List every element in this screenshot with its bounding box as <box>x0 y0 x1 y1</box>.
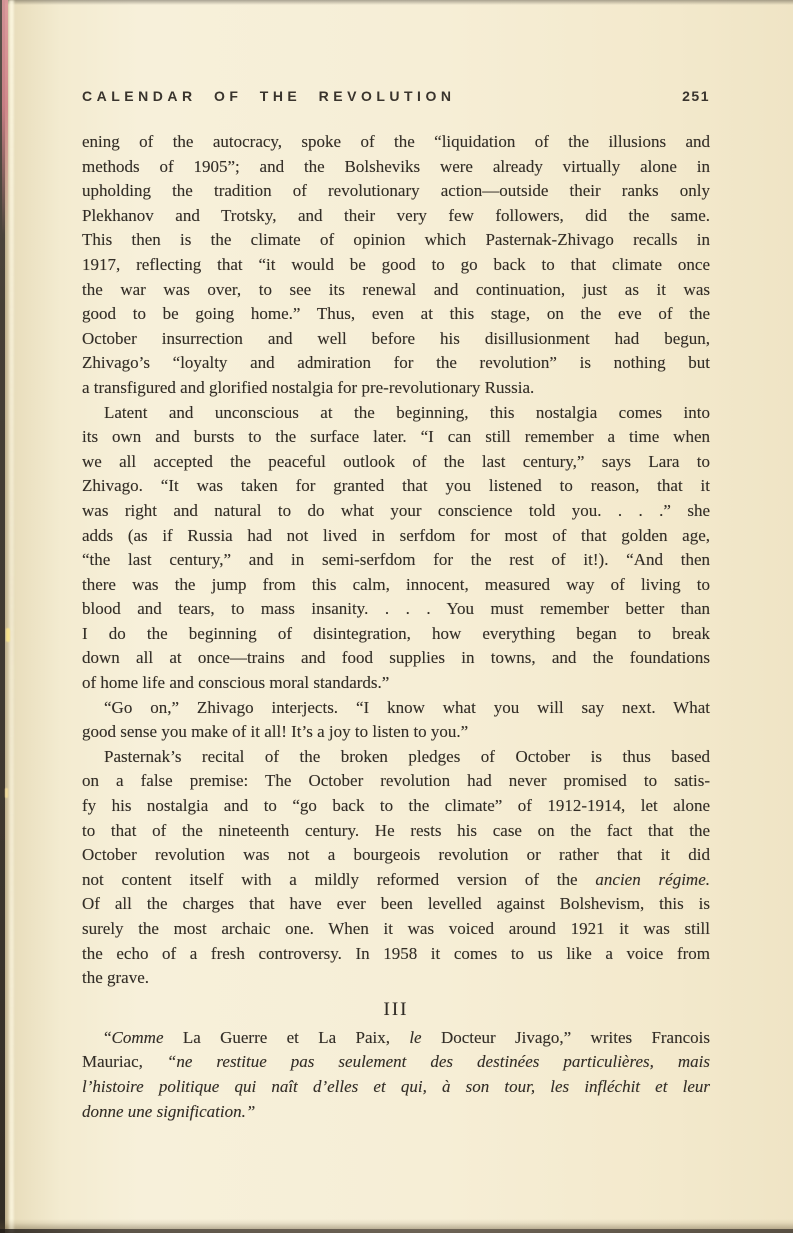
paragraph: “Go on,” Zhivago interjects. “I know wha… <box>82 696 710 745</box>
text-line: adds (as if Russia had not lived in serf… <box>82 524 710 549</box>
text-segment: Zhivago’s “loyalty and admiration for th… <box>82 353 710 372</box>
text-line: donne une signification.” <box>82 1100 710 1125</box>
text-segment: good sense you make of it all! It’s a jo… <box>82 722 468 741</box>
text-line: l’histoire politique qui naît d’elles et… <box>82 1075 710 1100</box>
text-segment: Of all the charges that have ever been l… <box>82 894 710 913</box>
text-line: to that of the nineteenth century. He re… <box>82 819 710 844</box>
paragraph: “Comme La Guerre et La Paix, le Docteur … <box>82 1026 710 1124</box>
paragraph: ening of the autocracy, spoke of the “li… <box>82 130 710 401</box>
text-line: good to be going home.” Thus, even at th… <box>82 302 710 327</box>
text-line: Mauriac, “ne restitue pas seulement des … <box>82 1050 710 1075</box>
italic-text-segment: Comme <box>112 1028 164 1047</box>
page-scan: CALENDAR OF THE REVOLUTION 251 ening of … <box>0 0 793 1233</box>
text-segment: ening of the autocracy, spoke of the “li… <box>82 132 710 151</box>
text-segment: its own and bursts to the surface later.… <box>82 427 710 446</box>
page-number: 251 <box>682 88 710 104</box>
text-segment: down all at once—trains and food supplie… <box>82 648 710 667</box>
binding-pink-streak <box>2 0 8 235</box>
text-segment: was right and natural to do what your co… <box>82 501 710 520</box>
text-line: “Comme La Guerre et La Paix, le Docteur … <box>82 1026 710 1051</box>
text-segment: La Guerre et La Paix, <box>164 1028 410 1047</box>
text-line: “the last century,” and in semi-serfdom … <box>82 548 710 573</box>
text-line: we all accepted the peaceful outlook of … <box>82 450 710 475</box>
text-line: 1917, reflecting that “it would be good … <box>82 253 710 278</box>
text-line: surely the most archaic one. When it was… <box>82 917 710 942</box>
text-line: Of all the charges that have ever been l… <box>82 892 710 917</box>
text-column: ening of the autocracy, spoke of the “li… <box>82 130 710 1124</box>
text-line: was right and natural to do what your co… <box>82 499 710 524</box>
text-segment: blood and tears, to mass insanity. . . .… <box>82 599 710 618</box>
text-line: upholding the tradition of revolutionary… <box>82 179 710 204</box>
text-segment: Pasternak’s recital of the broken pledge… <box>104 747 710 766</box>
text-segment: on a false premise: The October revoluti… <box>82 771 710 790</box>
text-segment: a transfigured and glorified nostalgia f… <box>82 378 534 397</box>
text-line: down all at once—trains and food supplie… <box>82 646 710 671</box>
text-segment: “the last century,” and in semi-serfdom … <box>82 550 710 569</box>
text-segment: the war was over, to see its renewal and… <box>82 280 710 299</box>
text-segment: Mauriac, <box>82 1052 167 1071</box>
italic-text-segment: le <box>409 1028 421 1047</box>
text-segment: 1917, reflecting that “it would be good … <box>82 255 710 274</box>
text-line: of home life and conscious moral standar… <box>82 671 710 696</box>
text-line: the grave. <box>82 966 710 991</box>
text-line: I do the beginning of disintegration, ho… <box>82 622 710 647</box>
chapter-title: CALENDAR OF THE REVOLUTION <box>82 88 455 104</box>
text-segment: the echo of a fresh controversy. In 1958… <box>82 944 710 963</box>
text-line: there was the jump from this calm, innoc… <box>82 573 710 598</box>
text-line: This then is the climate of opinion whic… <box>82 228 710 253</box>
text-segment: the grave. <box>82 968 149 987</box>
text-segment: we all accepted the peaceful outlook of … <box>82 452 710 471</box>
edge-fleck <box>6 628 10 642</box>
text-segment: not content itself with a mildly reforme… <box>82 870 595 889</box>
text-line: October insurrection and well before his… <box>82 327 710 352</box>
text-segment: Zhivago. “It was taken for granted that … <box>82 476 710 495</box>
text-line: good sense you make of it all! It’s a jo… <box>82 720 710 745</box>
text-line: not content itself with a mildly reforme… <box>82 868 710 893</box>
text-line: methods of 1905”; and the Bolsheviks wer… <box>82 155 710 180</box>
paragraph: Pasternak’s recital of the broken pledge… <box>82 745 710 991</box>
text-segment: October insurrection and well before his… <box>82 329 710 348</box>
text-segment: methods of 1905”; and the Bolsheviks wer… <box>82 157 710 176</box>
scan-bottom-edge <box>0 1229 793 1233</box>
text-segment: I do the beginning of disintegration, ho… <box>82 624 710 643</box>
text-line: its own and bursts to the surface later.… <box>82 425 710 450</box>
text-line: October revolution was not a bourgeois r… <box>82 843 710 868</box>
text-line: Zhivago’s “loyalty and admiration for th… <box>82 351 710 376</box>
text-line: on a false premise: The October revoluti… <box>82 769 710 794</box>
italic-text-segment: “ne restitue pas seulement des destinées… <box>167 1052 710 1071</box>
text-segment: to that of the nineteenth century. He re… <box>82 821 710 840</box>
text-segment: October revolution was not a bourgeois r… <box>82 845 710 864</box>
page-gutter-highlight <box>9 0 14 1233</box>
paragraph: Latent and unconscious at the beginning,… <box>82 401 710 696</box>
edge-fleck <box>5 788 8 798</box>
text-line: ening of the autocracy, spoke of the “li… <box>82 130 710 155</box>
text-segment: Docteur Jivago,” writes Francois <box>422 1028 710 1047</box>
italic-text-segment: ancien régime. <box>595 870 710 889</box>
text-line: the echo of a fresh controversy. In 1958… <box>82 942 710 967</box>
italic-text-segment: l’histoire politique qui naît d’elles et… <box>82 1077 710 1096</box>
text-line: fy his nostalgia and to “go back to the … <box>82 794 710 819</box>
text-line: Plekhanov and Trotsky, and their very fe… <box>82 204 710 229</box>
text-segment: Latent and unconscious at the beginning,… <box>104 403 710 422</box>
running-head: CALENDAR OF THE REVOLUTION 251 <box>82 88 710 104</box>
text-line: a transfigured and glorified nostalgia f… <box>82 376 710 401</box>
text-segment: upholding the tradition of revolutionary… <box>82 181 710 200</box>
scan-bottom-shadow <box>0 1219 793 1229</box>
section-heading: III <box>82 998 710 1022</box>
text-segment: surely the most archaic one. When it was… <box>82 919 710 938</box>
text-segment: good to be going home.” Thus, even at th… <box>82 304 710 323</box>
text-line: blood and tears, to mass insanity. . . .… <box>82 597 710 622</box>
text-line: Zhivago. “It was taken for granted that … <box>82 474 710 499</box>
text-segment: Plekhanov and Trotsky, and their very fe… <box>82 206 710 225</box>
text-segment: there was the jump from this calm, innoc… <box>82 575 710 594</box>
text-line: “Go on,” Zhivago interjects. “I know wha… <box>82 696 710 721</box>
text-line: Latent and unconscious at the beginning,… <box>82 401 710 426</box>
text-segment: “ <box>104 1028 112 1047</box>
italic-text-segment: donne une signification.” <box>82 1102 255 1121</box>
text-line: Pasternak’s recital of the broken pledge… <box>82 745 710 770</box>
text-segment: This then is the climate of opinion whic… <box>82 230 710 249</box>
text-segment: of home life and conscious moral standar… <box>82 673 389 692</box>
text-segment: adds (as if Russia had not lived in serf… <box>82 526 710 545</box>
text-segment: fy his nostalgia and to “go back to the … <box>82 796 710 815</box>
text-segment: “Go on,” Zhivago interjects. “I know wha… <box>104 698 710 717</box>
text-line: the war was over, to see its renewal and… <box>82 278 710 303</box>
